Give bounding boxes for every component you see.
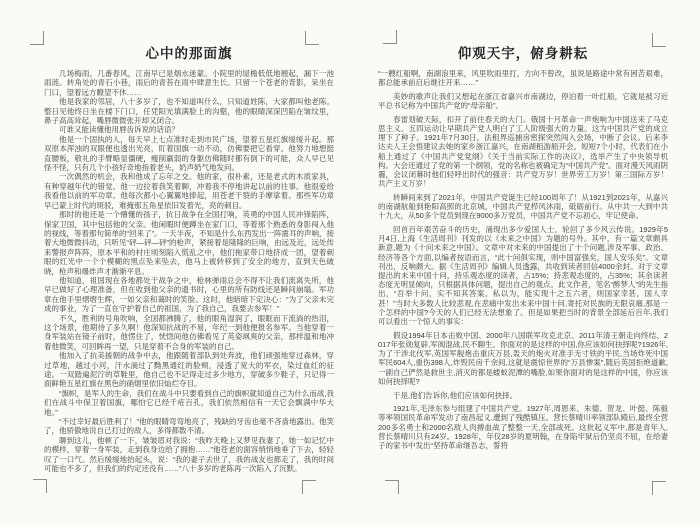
paragraph: 1921年,毛泽东参与组建了中国共产党。1927年,周恩来、朱德、贺龙、叶挺、陈… (378, 404, 668, 450)
paragraph: 一次偶然的机会，我和他成了忘年之交。他的家，很朴素，还是老式的木质家具，有种穿越… (44, 172, 334, 210)
paragraph: 于是,他们告诉你,他们应该如何抉择。 (378, 391, 668, 400)
paragraph: 回首百年艰苦奋斗的历史，涌现出多少爱国人士，轮回了多少风云传说。1929年5月4… (378, 225, 668, 326)
paragraph: 可谁又能读懂他用唇齿诉说的话语？ (44, 125, 334, 134)
paragraph: 春雷划破天际，扣开了前往春天的大门。俄国十月革命一声炮响为中国送来了马克思主义。… (378, 115, 668, 189)
paragraph: 他知道，祖国现在各地都处于战争之中，枪林弹雨总会不得不让我们流离失所，他早已做好… (44, 276, 334, 314)
right-page-title: 仰观天宇，俯身耕耘 (378, 42, 668, 62)
left-page-title: 心中的那面旗 (44, 42, 334, 62)
paragraph: 美妙的歌声让我们又想起在浙江省嘉兴市南湖边，停泊着一叶红船，它就是被习近平总书记… (378, 92, 668, 110)
paragraph: “旗帜，是军人的生命，我们在战斗中只要看到自己的旗帜就知道自己为什么而战,我们在… (44, 389, 334, 417)
paragraph: 假设1994年日本击败中国、2000年八国联军攻克北京、2011年清王朝走向终结… (378, 331, 668, 386)
left-page: 心中的那面旗 几场梅雨，几番春风，江南早已是烟水迷蒙。小院里的屋檐低低地翘起，漏… (44, 42, 334, 490)
paragraph: 那时的他还是一个懵懂的孩子，抗日战争在全国打响，英勇的中国人民冲锋陷阵，保家卫国… (44, 210, 334, 276)
paragraph: 他是我家的邻居，八十多岁了，也不知道叫什么，只知道姓陈，大家都叫他老陈。整日见他… (44, 97, 334, 125)
paragraph: “不过幸好最后胜利了！”他的眼睛弯弯地亮了，残缺的牙齿也毫不吝啬地露出。他笑了，… (44, 417, 334, 436)
right-page: 仰观天宇，俯身耕耘 “一艘红船啊，南湖浪里来，风里吹雨里打，方向不曾改，虽说是路… (378, 42, 668, 490)
paragraph: 聊到这儿，他顿了一下，皱皱眉对我说：“我昨天晚上又梦见我妻了，她一如记忆中的模样… (44, 436, 334, 474)
paragraph: 几场梅雨，几番春风，江南早已是烟水迷蒙。小院里的屋檐低低地翘起，漏下一池雨涟。转… (44, 69, 334, 97)
crop-mark-left-page-top-left (30, 31, 44, 45)
paragraph: “一艘红船啊，南湖浪里来，风里吹雨里打，方向不曾改，虽说是路途中常有困苦艰难，都… (378, 69, 668, 87)
paragraph: 不久，胜利的号角吹响，全国都沸腾了，他的眼角湿润了，眼眶而下流淌的热泪，这个场景… (44, 314, 334, 352)
document-spread: 心中的那面旗 几场梅雨，几番春风，江南早已是烟水迷蒙。小院里的屋檐低低地翘起，漏… (0, 0, 700, 525)
paragraph: 他加入了抗美援朝的战争中去，他跟随着部队到处奔波，他们顽强地穿过森林，穿过草地，… (44, 351, 334, 389)
paragraph: 他是一个固执的人，每天早上七点准时走到市民广场，望着五星红旗缓缓升起。那双原本浑… (44, 135, 334, 173)
paragraph: 转瞬间来到了2021年，中国共产党诞生已经100周年了！从1921到2021年，… (378, 193, 668, 221)
